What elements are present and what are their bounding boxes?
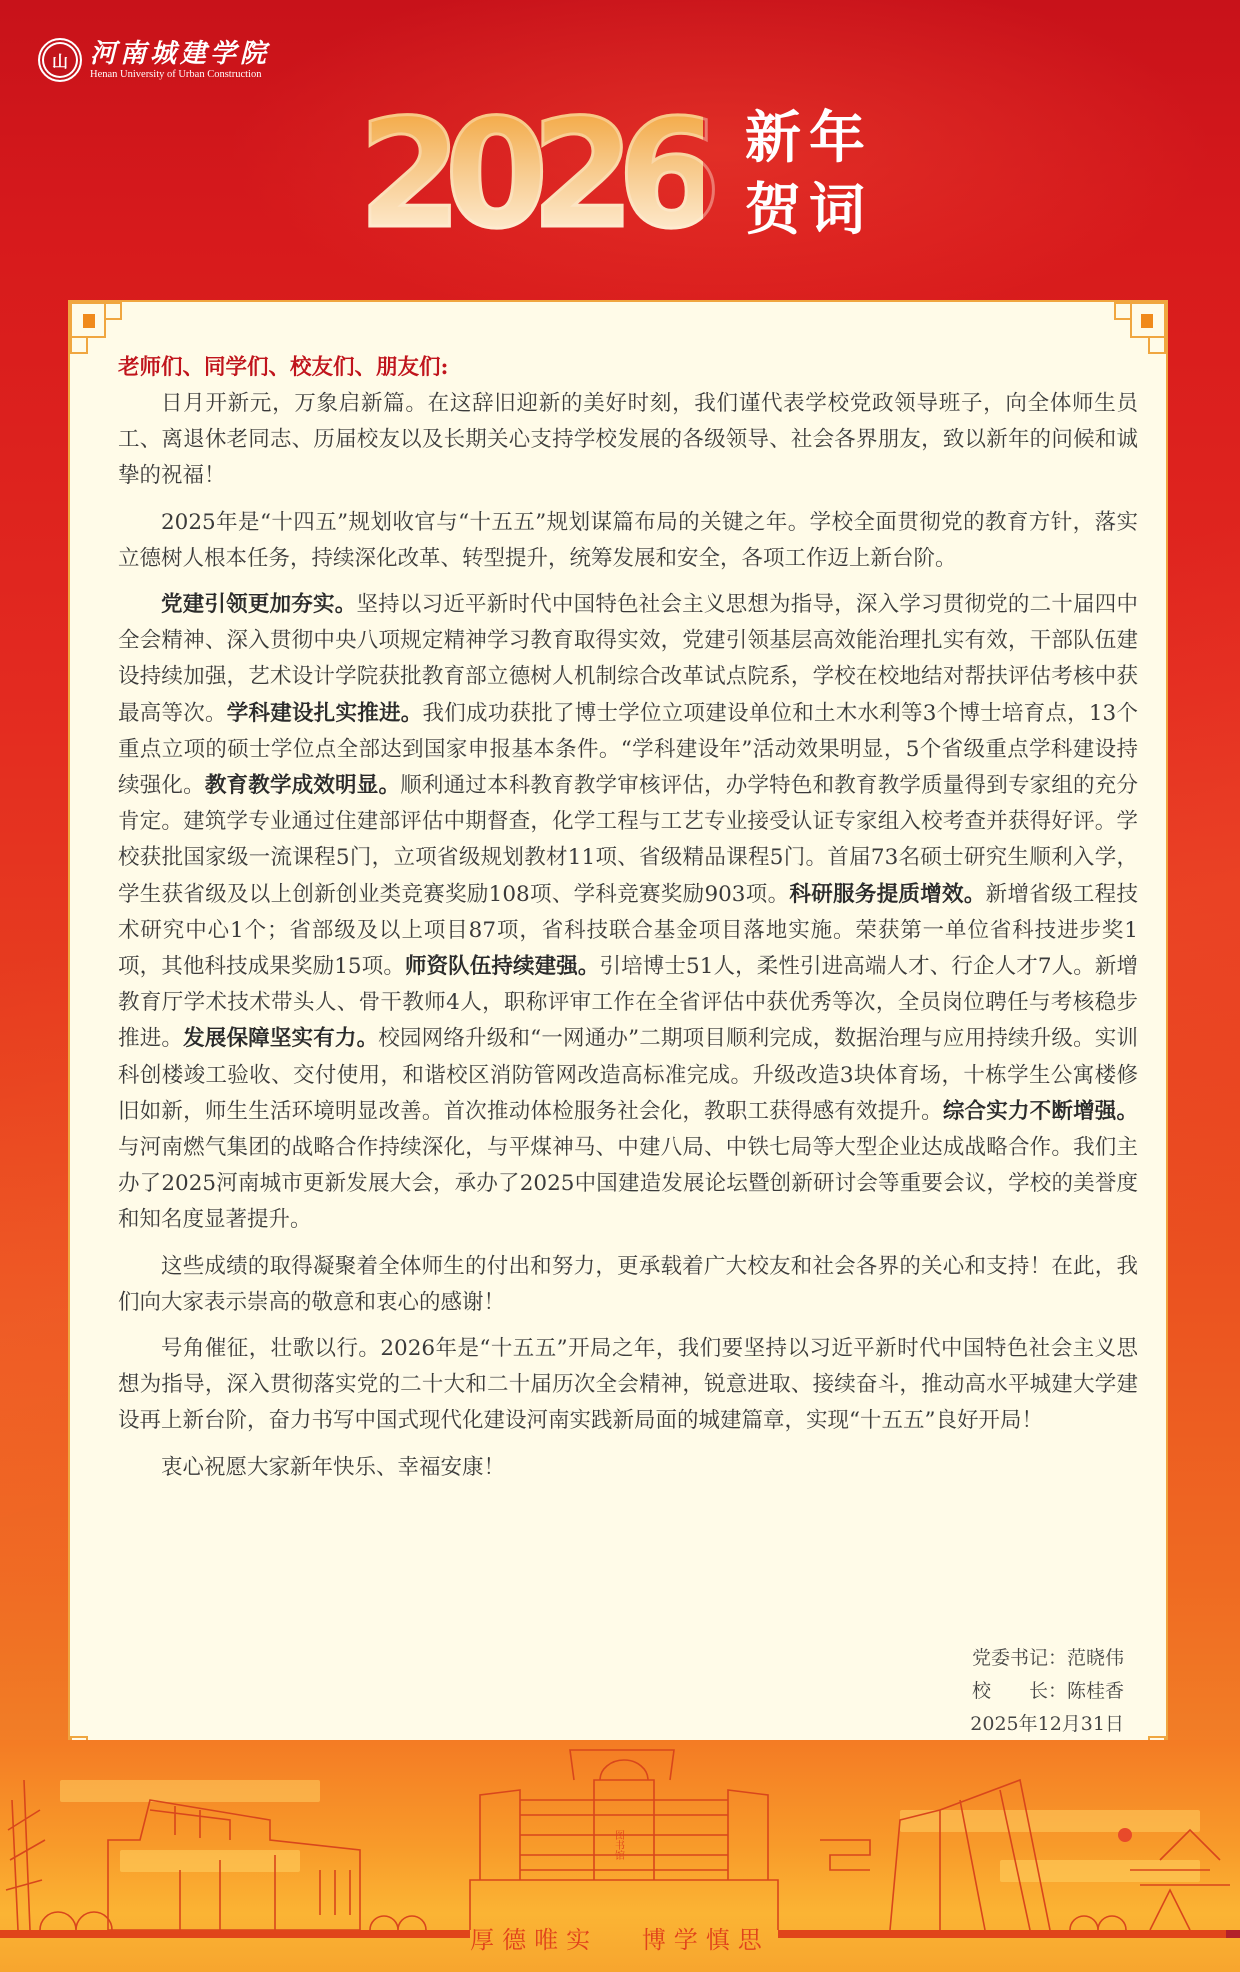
heading-party-building: 党建引领更加夯实。 [161,592,356,617]
logo-text: 河南城建学院 Henan University of Urban Constru… [90,40,270,81]
title-line-greeting: 贺词 [745,174,873,246]
motto-part-2: 博学慎思 [642,1926,770,1954]
motto-part-1: 厚德唯实 [470,1926,598,1954]
heading-research: 科研服务提质增效。 [789,882,985,907]
paragraph-achievements: 党建引领更加夯实。坚持以习近平新时代中国特色社会主义思想为指导，深入学习贯彻党的… [118,587,1138,1239]
salutation: 老师们、同学们、校友们、朋友们: [118,350,1138,386]
library-plaque: 图书馆 [613,1830,625,1861]
paragraph-thanks: 这些成绩的取得凝聚着全体师生的付出和努力，更承载着广大校友和社会各界的关心和支持… [118,1249,1138,1321]
signature-date: 2025年12月31日 [970,1708,1124,1741]
heading-teaching: 教育教学成效明显。 [205,773,400,798]
university-logo: 山 河南城建学院 Henan University of Urban Const… [38,38,270,82]
paragraph-closing: 衷心祝愿大家新年快乐、幸福安康！ [118,1450,1138,1486]
paragraph-overview: 2025年是“十四五”规划收官与“十五五”规划谋篇布局的关键之年。学校全面贯彻党… [118,505,1138,577]
title-words: 新年 贺词 [745,102,873,246]
heading-support: 发展保障坚实有力。 [183,1026,378,1051]
signature-party-secretary: 党委书记：范晓伟 [970,1642,1124,1675]
letter-card: 老师们、同学们、校友们、朋友们: 日月开新元，万象启新篇。在这辞旧迎新的美好时刻… [68,300,1168,1790]
university-emblem-icon: 山 [38,38,82,82]
signature-president: 校 长：陈桂香 [970,1675,1124,1708]
letter-body: 老师们、同学们、校友们、朋友们: 日月开新元，万象启新篇。在这辞旧迎新的美好时刻… [118,350,1138,1496]
title-year-graphic: 2026 [358,100,728,250]
title-year: 2026 [358,100,703,250]
paragraph-greeting: 日月开新元，万象启新篇。在这辞旧迎新的美好时刻，我们谨代表学校党政领导班子，向全… [118,386,1138,495]
heading-strength: 综合实力不断增强。 [943,1099,1138,1124]
title-line-new-year: 新年 [745,102,873,174]
signature-block: 党委书记：范晓伟 校 长：陈桂香 2025年12月31日 [970,1642,1124,1741]
heading-faculty: 师资队伍持续建强。 [405,954,600,979]
school-motto: 厚德唯实 博学慎思 [0,1920,1240,1955]
emblem-glyph: 山 [52,49,68,72]
university-name-cn: 河南城建学院 [90,40,270,68]
heading-discipline: 学科建设扎实推进。 [227,701,423,726]
paragraph-outlook: 号角催征，壮歌以行。2026年是“十五五”开局之年，我们要坚持以习近平新时代中国… [118,1331,1138,1440]
university-name-en: Henan University of Urban Construction [90,68,270,81]
